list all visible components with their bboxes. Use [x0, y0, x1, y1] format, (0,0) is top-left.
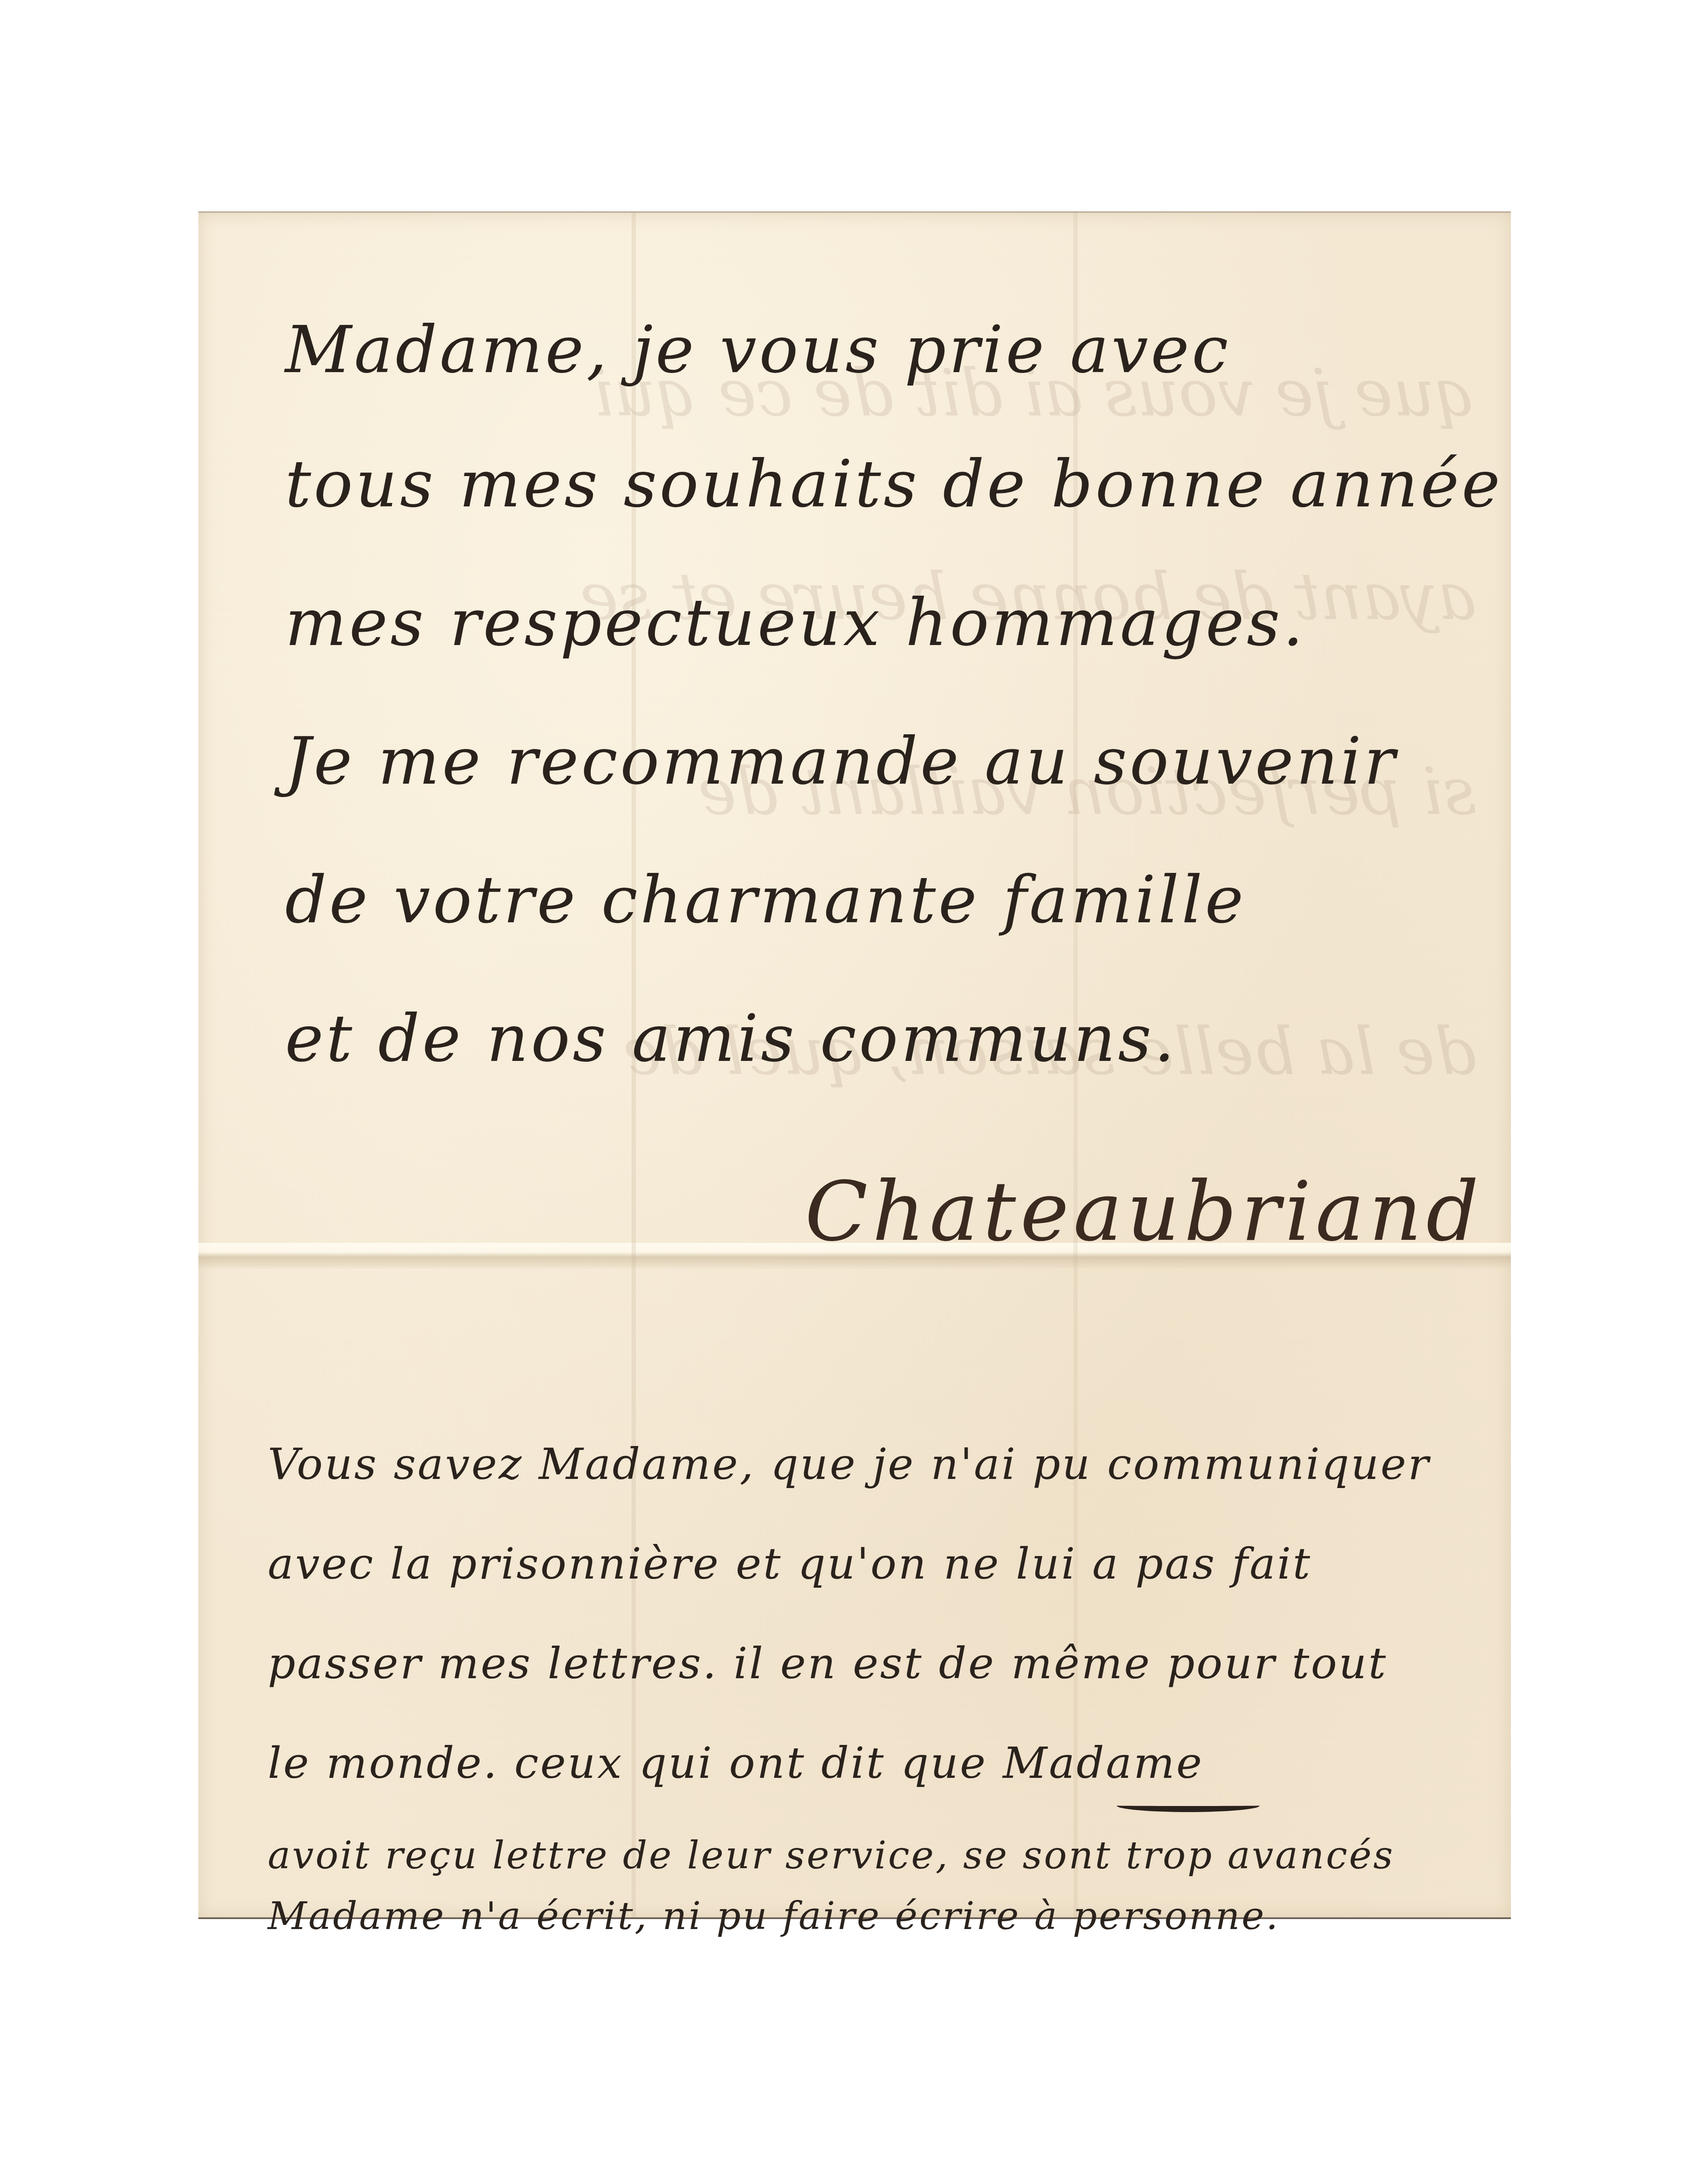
- letter-line: mes respectueux hommages.: [285, 585, 1511, 661]
- postscript-line: passer mes lettres. il en est de même po…: [268, 1638, 1511, 1689]
- postscript-line: avoit reçu lettre de leur service, se so…: [268, 1833, 1511, 1877]
- letter-line: tous mes souhaits de bonne année: [285, 447, 1511, 522]
- postscript-line: Vous savez Madame, que je n'ai pu commun…: [268, 1439, 1511, 1489]
- letter-paper: que je vous ai dit de ce qui ayant de bo…: [198, 211, 1511, 1919]
- underline-mark: [1117, 1799, 1260, 1812]
- letter-line: Je me recommande au souvenir: [285, 724, 1511, 799]
- postscript-line: avec la prisonnière et qu'on ne lui a pa…: [268, 1538, 1511, 1589]
- postscript-line: Madame n'a écrit, ni pu faire écrire à p…: [268, 1894, 1511, 1938]
- letter-line: et de nos amis communs.: [285, 1001, 1511, 1077]
- letter-line: de votre charmante famille: [285, 863, 1511, 938]
- signature: Chateaubriand: [805, 1164, 1483, 1259]
- letter-line: Madame, je vous prie avec: [285, 312, 1511, 388]
- postscript-line: le monde. ceux qui ont dit que Madame: [268, 1738, 1511, 1788]
